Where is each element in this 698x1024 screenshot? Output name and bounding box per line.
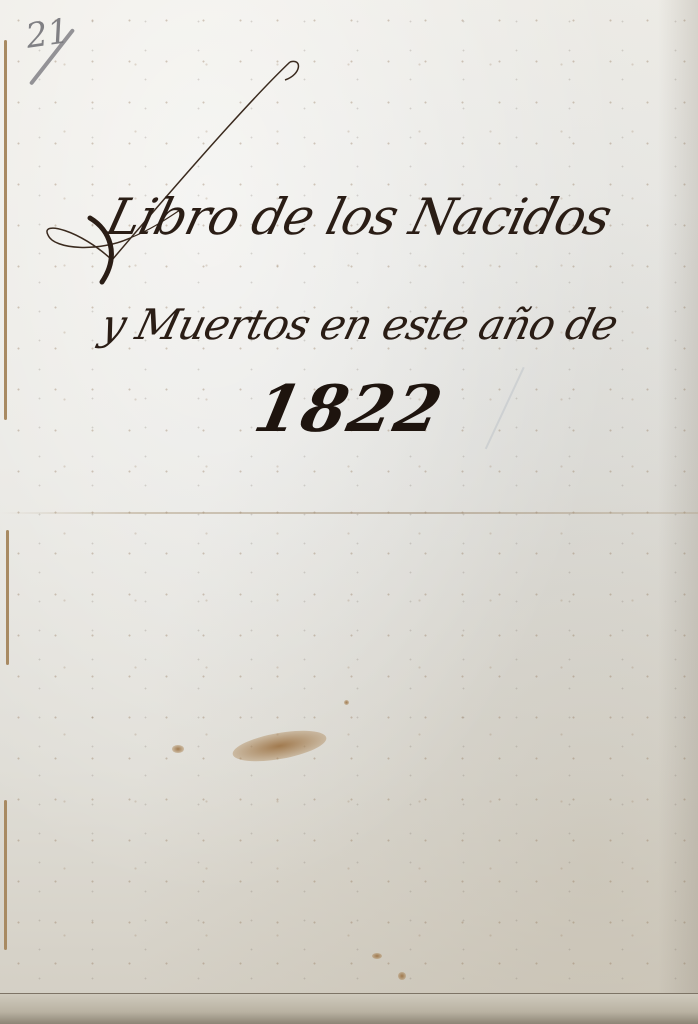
faded-bleedthrough-mark [485,367,597,483]
manuscript-page: 21 Libro de los Nacidos y Muertos en est… [0,0,698,1024]
year: 1822 [248,372,450,447]
binding-thread-bottom [4,800,7,950]
binding-thread-top [4,40,7,420]
binding-thread-middle [6,530,9,665]
title-line-2: y Muertos en este año de [96,300,623,349]
ink-stain-small [172,745,184,753]
ink-speck-lower-2 [398,972,406,980]
page-bottom-edge [0,993,698,1024]
ink-stain-large [230,725,328,767]
ink-speck-lower [372,953,382,959]
ink-speck [344,700,349,705]
fold-line [0,512,698,514]
capital-l-flourish [40,60,310,290]
folio-number: 21 [23,11,71,57]
title-line-1: Libro de los Nacidos [101,188,617,246]
